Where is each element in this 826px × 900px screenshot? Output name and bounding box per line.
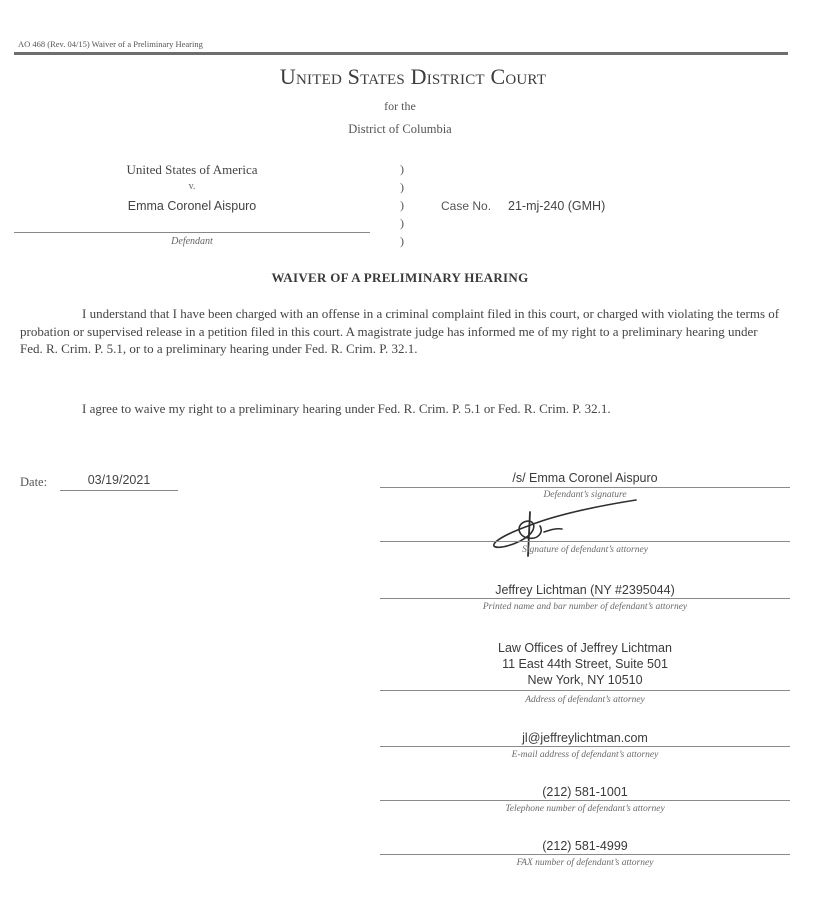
attorney-address: Law Offices of Jeffrey Lichtman 11 East …: [380, 640, 790, 688]
plaintiff-name: United States of America: [14, 162, 370, 178]
for-the-label: for the: [0, 99, 800, 114]
court-title-text: United States District Court: [280, 64, 546, 89]
defendant-label: Defendant: [14, 236, 370, 247]
defendant-name: Emma Coronel Aispuro: [14, 199, 370, 213]
attorney-name-rule: [380, 598, 790, 599]
attorney-email: jl@jeffreylichtman.com: [380, 730, 790, 746]
bracket: ): [400, 178, 404, 196]
defendant-signature-rule: [380, 487, 790, 488]
attorney-signature-caption: Signature of defendant’s attorney: [380, 545, 790, 555]
attorney-name: Jeffrey Lichtman (NY #2395044): [380, 582, 790, 598]
date-rule: [60, 490, 178, 491]
court-district: District of Columbia: [0, 122, 800, 137]
attorney-telephone: (212) 581-1001: [380, 784, 790, 800]
defendant-rule: [14, 232, 370, 233]
attorney-telephone-caption: Telephone number of defendant’s attorney: [380, 804, 790, 814]
attorney-name-caption: Printed name and bar number of defendant…: [380, 602, 790, 612]
attorney-address-rule: [380, 690, 790, 691]
attorney-email-rule: [380, 746, 790, 747]
attorney-fax-rule: [380, 854, 790, 855]
waiver-paragraph: I agree to waive my right to a prelimina…: [82, 401, 611, 417]
bracket: ): [400, 232, 404, 250]
bracket: ): [400, 196, 404, 214]
case-number-value: 21-mj-240 (GMH): [508, 199, 605, 213]
address-line: Law Offices of Jeffrey Lichtman: [380, 640, 790, 656]
caption-brackets: ) ) ) ) ): [400, 160, 404, 250]
date-value: 03/19/2021: [60, 473, 178, 487]
document-heading: WAIVER OF A PRELIMINARY HEARING: [0, 270, 800, 286]
header-rule: [14, 52, 788, 55]
understanding-paragraph: I understand that I have been charged wi…: [20, 305, 782, 358]
address-line: New York, NY 10510: [380, 672, 790, 688]
attorney-telephone-rule: [380, 800, 790, 801]
attorney-address-caption: Address of defendant’s attorney: [380, 695, 790, 705]
form-identifier: AO 468 (Rev. 04/15) Waiver of a Prelimin…: [18, 39, 203, 49]
attorney-fax: (212) 581-4999: [380, 838, 790, 854]
bracket: ): [400, 214, 404, 232]
attorney-fax-caption: FAX number of defendant’s attorney: [380, 858, 790, 868]
date-label: Date:: [20, 475, 47, 490]
attorney-email-caption: E-mail address of defendant’s attorney: [380, 750, 790, 760]
attorney-signature-rule: [380, 541, 790, 542]
court-title: United States District Court: [0, 64, 826, 90]
case-number-label: Case No.: [441, 199, 491, 213]
defendant-signature: /s/ Emma Coronel Aispuro: [380, 470, 790, 486]
address-line: 11 East 44th Street, Suite 501: [380, 656, 790, 672]
versus-label: v.: [14, 181, 370, 192]
bracket: ): [400, 160, 404, 178]
